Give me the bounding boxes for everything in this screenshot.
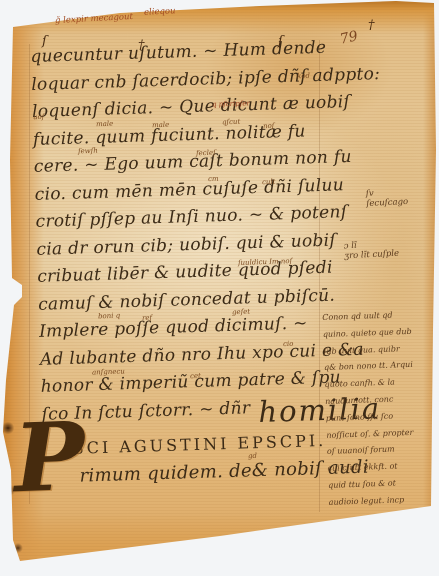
interlinear-gloss: ref — [142, 314, 152, 322]
pen-mark: † — [138, 38, 145, 53]
interlinear-gloss: noſ — [263, 122, 275, 130]
interlinear-gloss: qſcut — [222, 118, 241, 127]
gloss-line: audioio legut. incp — [328, 491, 439, 512]
interlinear-gloss: q pſcripſer — [212, 99, 250, 108]
manuscript-photo: 79 ğ lexpir mecagoutelieqou ſ†ſ† quecunt… — [0, 0, 439, 576]
pen-mark: † — [368, 18, 375, 33]
interlinear-gloss: cm — [208, 175, 219, 183]
interlinear-gloss: male — [152, 121, 169, 130]
interlinear-gloss: kod — [297, 72, 310, 80]
interlinear-gloss: cio — [283, 340, 294, 348]
interlinear-gloss: male — [96, 120, 113, 129]
pen-mark: ſ — [42, 34, 47, 49]
interlinear-gloss: ſewſh — [78, 147, 98, 156]
interlinear-gloss: uoſ — [33, 113, 45, 121]
interlinear-gloss: boni q — [98, 312, 120, 321]
interlinear-gloss: fecleſ — [196, 149, 216, 158]
pen-mark: ſ — [278, 34, 283, 49]
gloss-column: Conon qd uult qdquino. quieto que dubſub… — [322, 306, 439, 511]
margin-note: ſvſecuſcago — [366, 187, 409, 209]
interlinear-gloss: gd — [248, 452, 257, 460]
margin-note: ɔ lĩʒro lĩt cuſple — [344, 239, 400, 262]
interlinear-gloss: geſet — [232, 308, 250, 317]
interlinear-gloss: cet — [190, 372, 201, 380]
main-text-lines: quecuntur uſutum. ~ Hum dendeloquar cnb … — [30, 34, 353, 401]
interlinear-gloss: anſgnecu — [92, 367, 125, 376]
interlinear-gloss: cult — [262, 178, 276, 186]
initial-letter-P: P — [12, 413, 86, 505]
incipit-line: rimum quidem. de& nobiſ audi — [79, 456, 369, 486]
top-annotation: elieqou — [144, 6, 176, 18]
gloss-column-lines: Conon qd uult qdquino. quieto que dubſub… — [322, 306, 439, 511]
